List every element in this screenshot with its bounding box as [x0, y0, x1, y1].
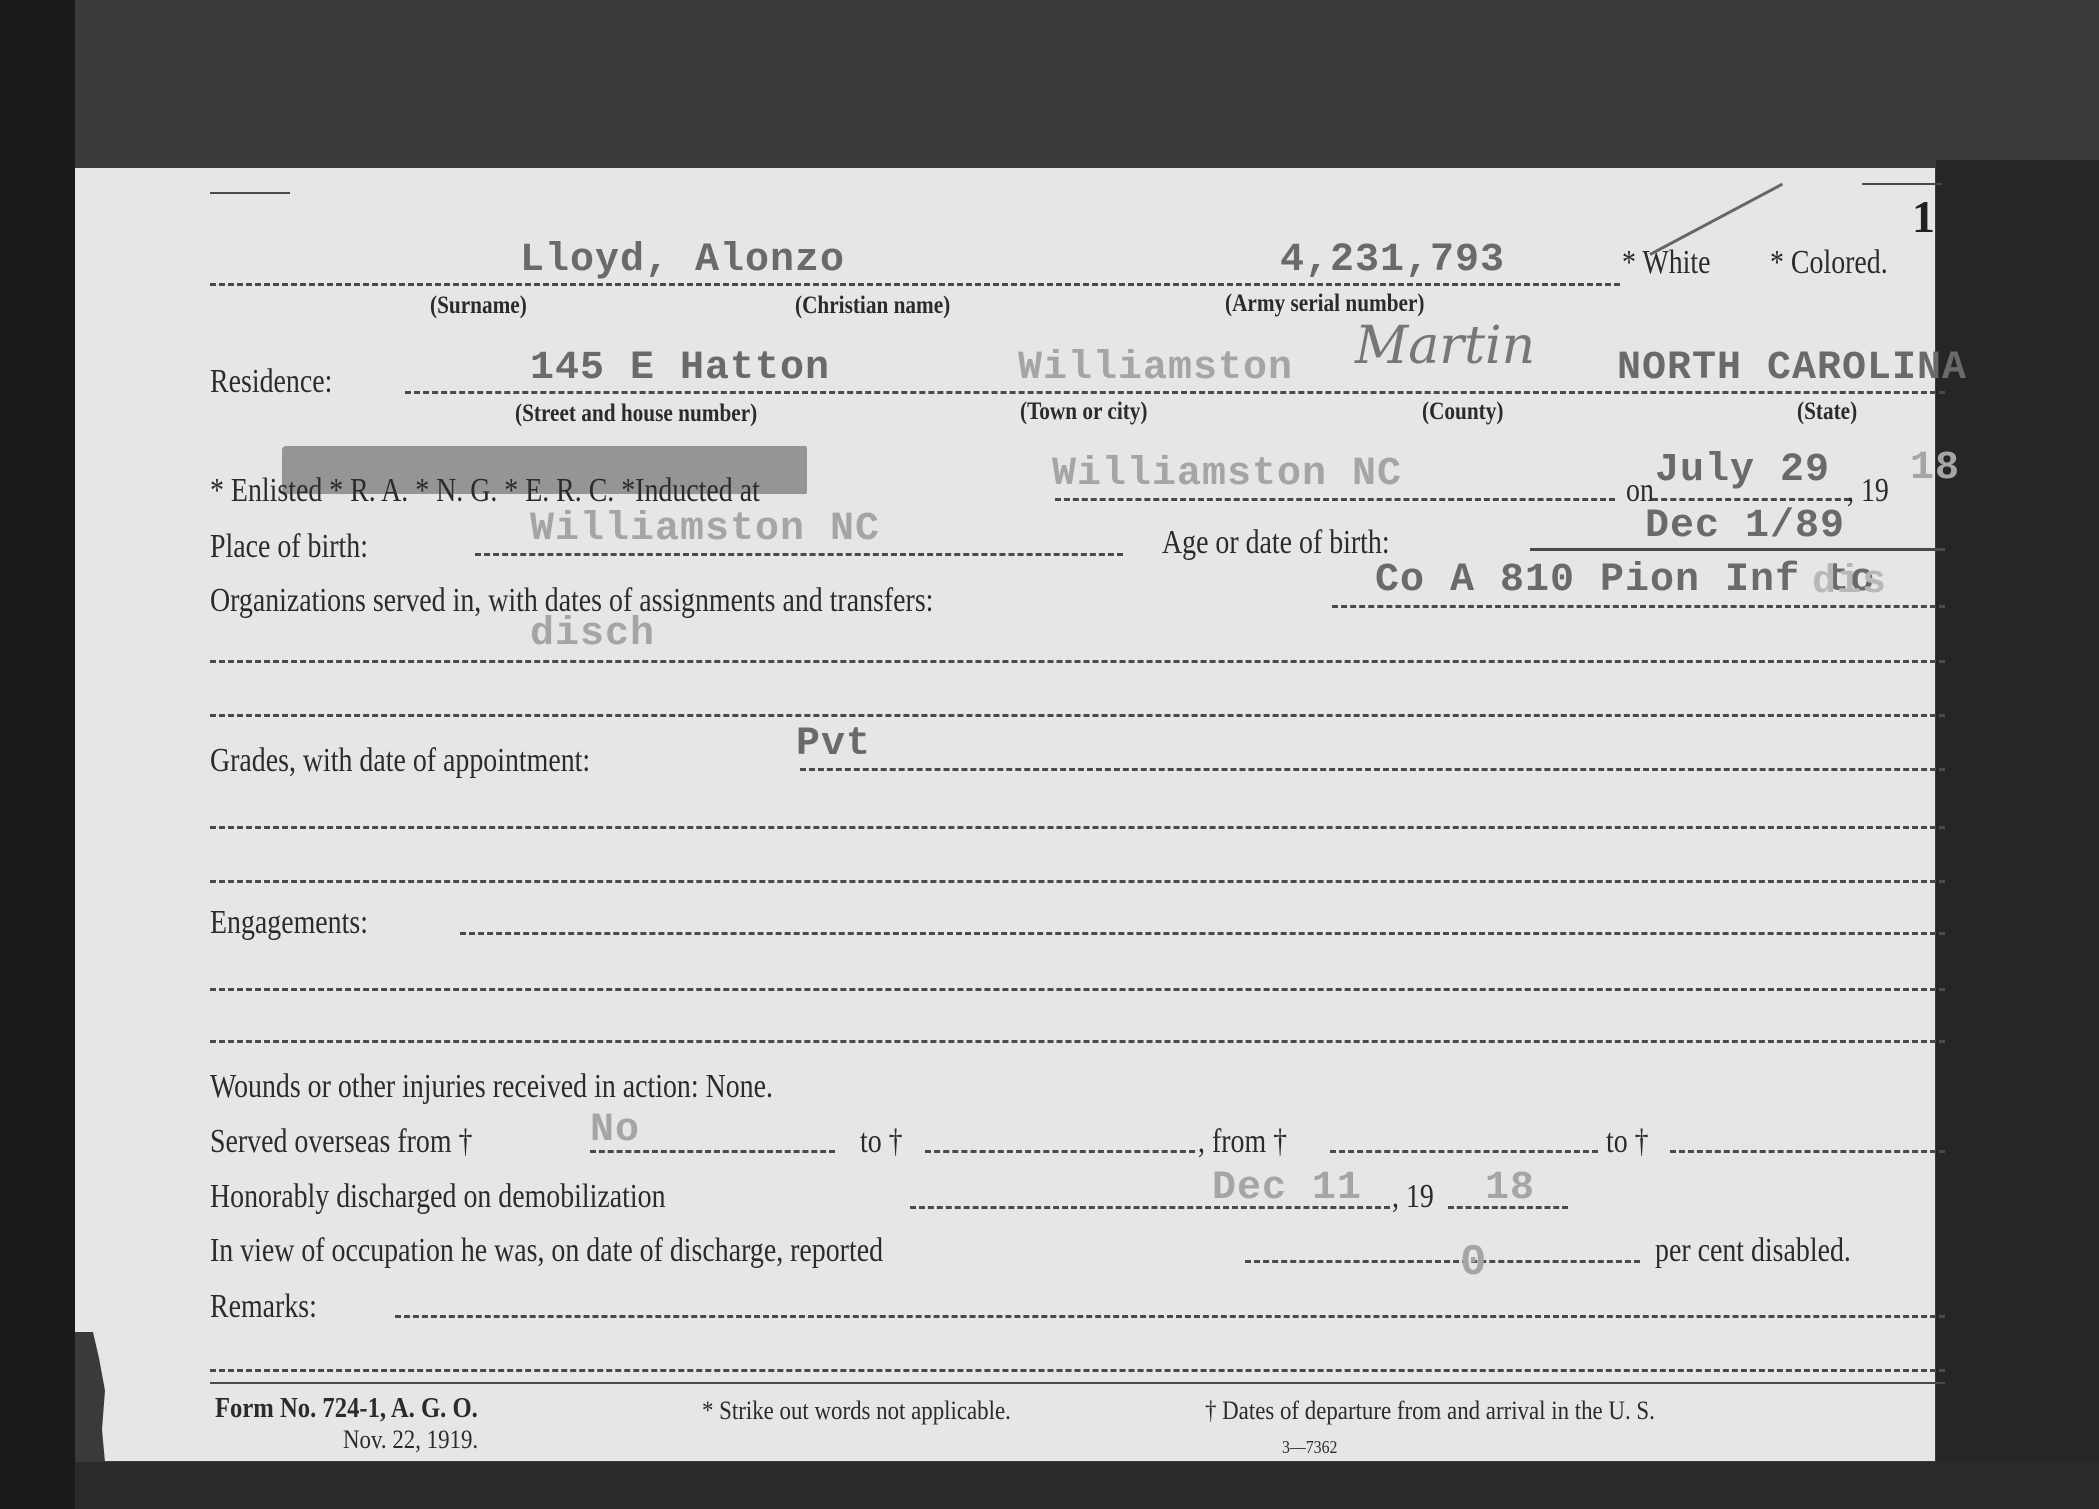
organizations-line-1 [1332, 605, 1945, 608]
date-of-birth-label: Age or date of birth: [1162, 524, 1390, 562]
remarks-line-2 [210, 1369, 1945, 1372]
engagements-line-1 [460, 932, 1945, 935]
induction-date: July 29 [1655, 448, 1830, 493]
induction-year-prefix: , 19 [1847, 472, 1889, 510]
top-left-rule [210, 192, 290, 194]
remarks-line-1 [395, 1315, 1945, 1318]
grades-line-1 [800, 768, 1945, 771]
engagements-line-2 [210, 988, 1945, 991]
organizations-line-3 [210, 714, 1945, 717]
dates-note: † Dates of departure from and arrival in… [1205, 1396, 1655, 1426]
overseas-to2-label: to † [1606, 1123, 1649, 1161]
induction-year: 18 [1910, 446, 1960, 491]
organizations-overflow: dis [1812, 560, 1887, 605]
print-code: 3—7362 [1282, 1437, 1337, 1458]
grades-label: Grades, with date of appointment: [210, 742, 590, 780]
name-value: Lloyd, Alonzo [520, 238, 845, 283]
overseas-from-label: Served overseas from † [210, 1123, 472, 1161]
grades-line-3 [210, 880, 1945, 883]
disability-suffix: per cent disabled. [1655, 1232, 1851, 1270]
serial-number-label: (Army serial number) [1225, 290, 1424, 318]
county-label: (County) [1422, 398, 1503, 426]
residence-street: 145 E Hatton [530, 346, 830, 391]
strike-out-note: * Strike out words not applicable. [702, 1396, 1011, 1426]
town-label: (Town or city) [1020, 398, 1148, 426]
surname-label: (Surname) [430, 292, 527, 320]
overseas-to-line [925, 1150, 1195, 1153]
overseas-to2-line [1670, 1150, 1945, 1153]
serial-number-value: 4,231,793 [1280, 238, 1505, 283]
discharge-year-prefix: , 19 [1392, 1178, 1434, 1216]
disability-line [1245, 1260, 1640, 1263]
residence-label: Residence: [210, 363, 332, 401]
overseas-from2-line [1330, 1150, 1598, 1153]
discharge-label: Honorably discharged on demobilization [210, 1178, 666, 1216]
organizations-value-1: Co A 810 Pion Inf to [1375, 558, 1875, 603]
scan-border-bottom [75, 1462, 2099, 1509]
date-of-birth-value: Dec 1/89 [1645, 504, 1845, 549]
engagements-line-3 [210, 1040, 1945, 1043]
induction-date-line [1652, 498, 1850, 501]
race-white-option: * White [1622, 244, 1711, 282]
grades-value: Pvt [796, 722, 871, 767]
remarks-label: Remarks: [210, 1288, 317, 1326]
discharge-year: 18 [1485, 1166, 1535, 1211]
place-of-birth-line [475, 553, 1123, 556]
christian-name-label: (Christian name) [795, 292, 950, 320]
overseas-from-line [590, 1150, 835, 1153]
state-label: (State) [1797, 398, 1857, 426]
disability-label: In view of occupation he was, on date of… [210, 1232, 883, 1270]
street-label: (Street and house number) [515, 400, 757, 428]
organizations-line-2 [210, 660, 1945, 663]
overseas-from2-label: , from † [1198, 1123, 1287, 1161]
name-line [210, 283, 1620, 286]
form-date: Nov. 22, 1919. [343, 1425, 478, 1455]
organizations-value-2: disch [530, 612, 655, 657]
sheet-number: 1 [1912, 190, 1935, 243]
residence-state: NORTH CAROLINA [1617, 346, 1967, 391]
disability-value: 0 [1460, 1238, 1487, 1288]
form-number: Form No. 724-1, A. G. O. [215, 1393, 478, 1425]
overseas-from-value: No [590, 1108, 640, 1153]
overseas-to-label: to † [860, 1123, 903, 1161]
enlistment-type-options: * Enlisted * R. A. * N. G. * E. R. C. *I… [210, 472, 760, 510]
induction-place: Williamston NC [1052, 452, 1402, 497]
place-of-birth-value: Williamston NC [530, 507, 880, 552]
residence-line [405, 391, 1945, 394]
top-right-rule [1862, 183, 1942, 185]
footer-rule [210, 1382, 1945, 1384]
induction-place-line [1055, 498, 1615, 501]
race-colored-option: * Colored. [1770, 244, 1888, 282]
residence-town: Williamston [1018, 346, 1293, 391]
discharge-date: Dec 11 [1212, 1166, 1362, 1211]
grades-line-2 [210, 826, 1945, 829]
engagements-label: Engagements: [210, 904, 368, 942]
residence-county: Martin [1355, 316, 1535, 376]
place-of-birth-label: Place of birth: [210, 528, 368, 566]
wounds-statement: Wounds or other injuries received in act… [210, 1068, 773, 1106]
scan-border-left [0, 0, 75, 1509]
